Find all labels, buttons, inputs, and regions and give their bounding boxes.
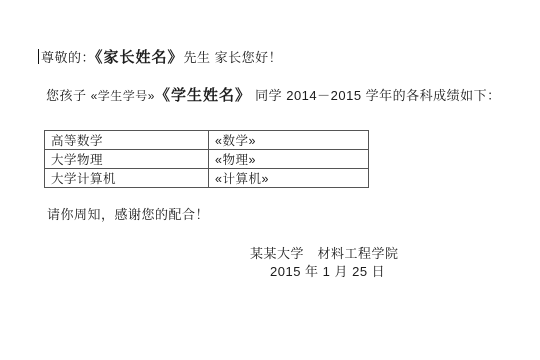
grades-table: 高等数学 «数学» 大学物理 «物理» 大学计算机 «计算机» — [44, 130, 369, 188]
greeting-prefix: 尊敬的： — [41, 50, 95, 65]
course-cell: 大学计算机 — [45, 169, 209, 188]
greeting-suffix: 先生 家长您好！ — [184, 50, 283, 65]
course-cell: 大学物理 — [45, 150, 209, 169]
score-field-cell: «数学» — [209, 131, 369, 150]
intro-part2: 同学 2014－2015 学年的各科成绩如下： — [251, 88, 501, 103]
signature-organization: 某某大学 材料工程学院 — [250, 243, 399, 262]
table-row: 高等数学 «数学» — [45, 131, 369, 150]
table-row: 大学物理 «物理» — [45, 150, 369, 169]
document-page: 尊敬的：《家长姓名》先生 家长您好！ 您孩子 «学生学号»《学生姓名》 同学 2… — [0, 0, 540, 360]
student-name-merge-field: 《学生姓名》 — [155, 86, 251, 104]
intro-part1: 您孩子 — [46, 88, 91, 103]
intro-line: 您孩子 «学生学号»《学生姓名》 同学 2014－2015 学年的各科成绩如下： — [46, 84, 501, 105]
course-cell: 高等数学 — [45, 131, 209, 150]
greeting-line: 尊敬的：《家长姓名》先生 家长您好！ — [38, 46, 282, 67]
score-field-cell: «物理» — [209, 150, 369, 169]
score-field-cell: «计算机» — [209, 169, 369, 188]
signature-date: 2015 年 1 月 25 日 — [270, 261, 385, 280]
closing-line: 请你周知，感谢您的配合！ — [47, 204, 209, 223]
parent-name-merge-field: 《家长姓名》 — [95, 48, 184, 66]
student-id-merge-field: «学生学号» — [91, 89, 155, 103]
table-row: 大学计算机 «计算机» — [45, 169, 369, 188]
text-cursor — [38, 49, 39, 64]
